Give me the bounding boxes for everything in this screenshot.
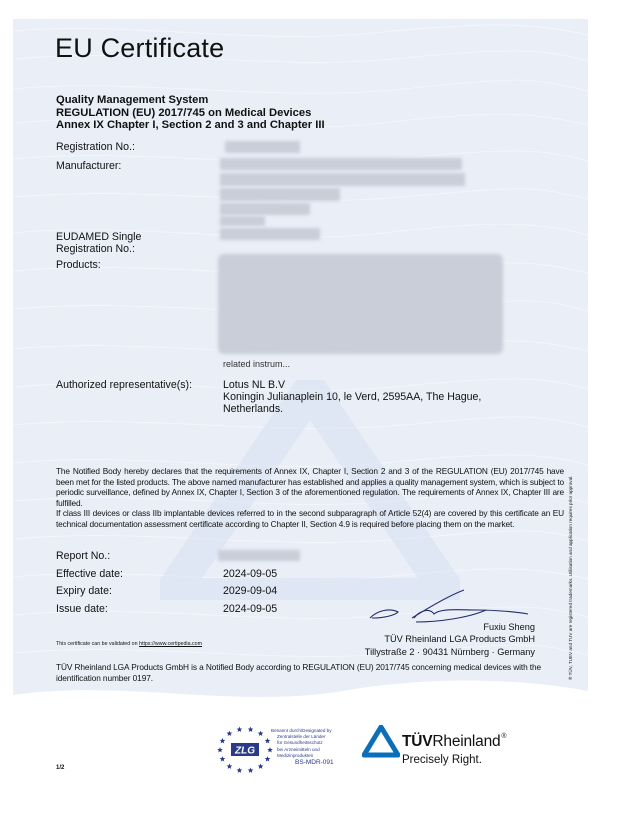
effective-date-value: 2024-09-05: [223, 568, 277, 580]
eudamed-label: EUDAMED Single Registration No.:: [56, 231, 141, 255]
manufacturer-redacted-5: [220, 216, 265, 226]
svg-text:ZLG: ZLG: [234, 746, 255, 757]
issue-date-label: Issue date:: [56, 603, 108, 615]
authorized-rep-label: Authorized representative(s):: [56, 379, 192, 391]
declaration-paragraph-2: If class III devices or class IIb implan…: [56, 508, 564, 529]
trademark-notice: ® TÜV, TUEV and TUV are registered trade…: [568, 476, 573, 680]
signatory-address: Tillystraße 2 · 90431 Nürnberg · Germany: [365, 646, 535, 658]
expiry-date-value: 2029-09-04: [223, 585, 277, 597]
certificate-title: EU Certificate: [55, 33, 224, 64]
authorized-rep-address-1: Koningin Julianaplein 10, le Verd, 2595A…: [223, 391, 481, 403]
validation-note: This certificate can be validated on htt…: [56, 641, 202, 647]
declaration-paragraph-1: The Notified Body hereby declares that t…: [56, 466, 564, 508]
certipedia-link[interactable]: https://www.certipedia.com: [139, 641, 202, 647]
subheading-line-2: REGULATION (EU) 2017/745 on Medical Devi…: [56, 107, 325, 120]
notified-body-declaration: The Notified Body hereby declares that t…: [56, 466, 564, 530]
certificate-subheading: Quality Management System REGULATION (EU…: [56, 94, 325, 132]
zlg-code: BS-MDR-091: [271, 760, 334, 766]
zlg-designation: Benannt durch/Designated by Zentralstell…: [271, 728, 334, 766]
signatory-block: Fuxiu Sheng TÜV Rheinland LGA Products G…: [365, 621, 535, 658]
registration-no-redacted: [225, 141, 300, 153]
issue-date-value: 2024-09-05: [223, 603, 277, 615]
report-no-label: Report No.:: [56, 550, 110, 562]
tuv-claim: Precisely Right.: [402, 754, 482, 766]
tuv-rheinland-triangle-logo: [362, 725, 400, 759]
effective-date-label: Effective date:: [56, 568, 123, 580]
report-no-redacted: [218, 550, 300, 561]
signatory-company: TÜV Rheinland LGA Products GmbH: [365, 633, 535, 645]
authorized-rep-name: Lotus NL B.V: [223, 379, 481, 391]
page-number: 1/2: [56, 765, 64, 771]
subheading-line-3: Annex IX Chapter I, Section 2 and 3 and …: [56, 119, 325, 132]
manufacturer-redacted-4: [220, 203, 310, 215]
authorized-rep-address-2: Netherlands.: [223, 403, 481, 415]
eudamed-redacted: [220, 228, 320, 240]
authorized-rep-value: Lotus NL B.V Koningin Julianaplein 10, l…: [223, 379, 481, 416]
signatory-name: Fuxiu Sheng: [365, 621, 535, 633]
registration-no-label: Registration No.:: [56, 141, 135, 153]
subheading-line-1: Quality Management System: [56, 94, 325, 107]
zlg-stars-logo: ZLG: [217, 725, 273, 775]
manufacturer-label: Manufacturer:: [56, 160, 121, 172]
manufacturer-redacted-1: [220, 158, 462, 170]
tuv-rheinland-wordmark: TÜVRheinland®: [402, 733, 506, 751]
notified-body-statement: TÜV Rheinland LGA Products GmbH is a Not…: [56, 662, 556, 684]
manufacturer-redacted-3: [220, 188, 340, 201]
expiry-date-label: Expiry date:: [56, 585, 112, 597]
products-label: Products:: [56, 259, 101, 271]
products-redacted: [218, 254, 503, 354]
manufacturer-redacted-2: [220, 173, 465, 186]
products-tail: related instrum...: [223, 358, 290, 370]
